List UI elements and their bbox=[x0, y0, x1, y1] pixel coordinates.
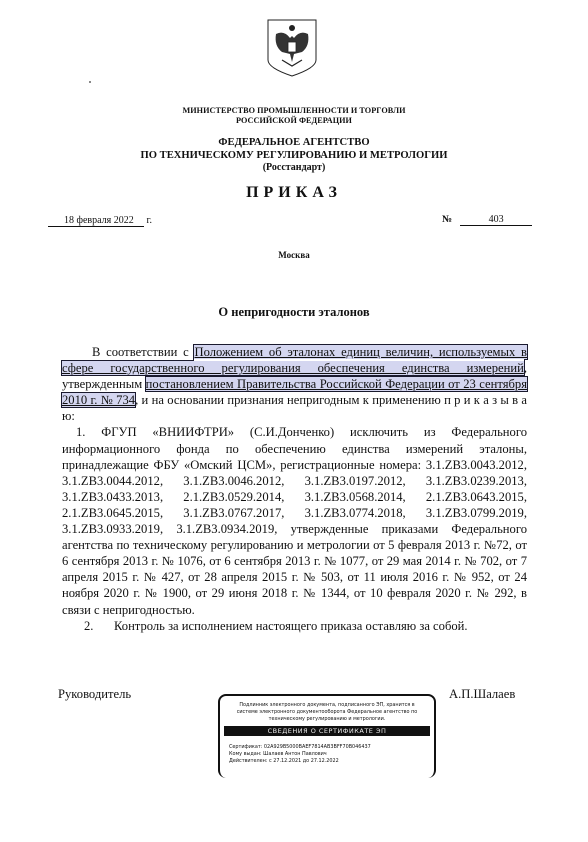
agency-line-1: ФЕДЕРАЛЬНОЕ АГЕНТСТВО bbox=[0, 137, 588, 150]
certificate-validity: Действителен: с 27.12.2021 до 27.12.2022 bbox=[229, 758, 434, 765]
item-1: 1. ФГУП «ВНИИФТРИ» (С.И.Донченко) исключ… bbox=[62, 424, 527, 617]
certificate-id: Сертификат: 02A929B5000BAEF7814AB3BFF70B… bbox=[229, 744, 434, 751]
agency-line-2: ПО ТЕХНИЧЕСКОМУ РЕГУЛИРОВАНИЮ И МЕТРОЛОГ… bbox=[0, 150, 588, 163]
agency-short-name: (Росстандарт) bbox=[0, 162, 588, 175]
ministry-line-2: РОССИЙСКОЙ ФЕДЕРАЦИИ bbox=[0, 116, 588, 126]
order-body: В соответствии с Положением об эталонах … bbox=[62, 344, 527, 634]
order-date-value: 18 февраля 2022 bbox=[48, 215, 144, 227]
ministry-name: МИНИСТЕРСТВО ПРОМЫШЛЕННОСТИ И ТОРГОВЛИ Р… bbox=[0, 106, 588, 126]
item-2-text: Контроль за исполнением настоящего прика… bbox=[114, 619, 468, 633]
stamp-details: Сертификат: 02A929B5000BAEF7814AB3BFF70B… bbox=[229, 744, 434, 765]
signer-name: А.П.Шалаев bbox=[449, 687, 515, 702]
certificate-owner: Кому выдан: Шалаев Антон Павлович bbox=[229, 751, 434, 758]
number-symbol: № bbox=[442, 214, 452, 225]
document-type: ПРИКАЗ bbox=[0, 184, 588, 202]
agency-name: ФЕДЕРАЛЬНОЕ АГЕНТСТВО ПО ТЕХНИЧЕСКОМУ РЕ… bbox=[0, 137, 588, 175]
scan-artifact bbox=[89, 81, 91, 83]
intro-start: В соответствии с bbox=[92, 345, 194, 359]
city: Москва bbox=[0, 250, 588, 260]
order-number-value: 403 bbox=[460, 214, 532, 226]
order-date: 18 февраля 2022 г. bbox=[48, 215, 152, 227]
e-signature-stamp: Подлинник электронного документа, подпис… bbox=[218, 694, 436, 778]
order-date-suffix: г. bbox=[144, 215, 152, 226]
order-subject: О непригодности эталонов bbox=[0, 305, 588, 320]
order-number: №403 bbox=[442, 214, 532, 226]
ministry-line-1: МИНИСТЕРСТВО ПРОМЫШЛЕННОСТИ И ТОРГОВЛИ bbox=[0, 106, 588, 116]
signer-role: Руководитель bbox=[58, 687, 131, 702]
coat-of-arms-icon bbox=[264, 18, 320, 78]
item-2-number: 2. bbox=[84, 618, 114, 634]
intro-paragraph: В соответствии с Положением об эталонах … bbox=[62, 344, 527, 424]
item-2: 2.Контроль за исполнением настоящего при… bbox=[62, 618, 527, 634]
stamp-note: Подлинник электронного документа, подпис… bbox=[220, 702, 434, 723]
stamp-title: СВЕДЕНИЯ О СЕРТИФИКАТЕ ЭП bbox=[224, 726, 430, 736]
